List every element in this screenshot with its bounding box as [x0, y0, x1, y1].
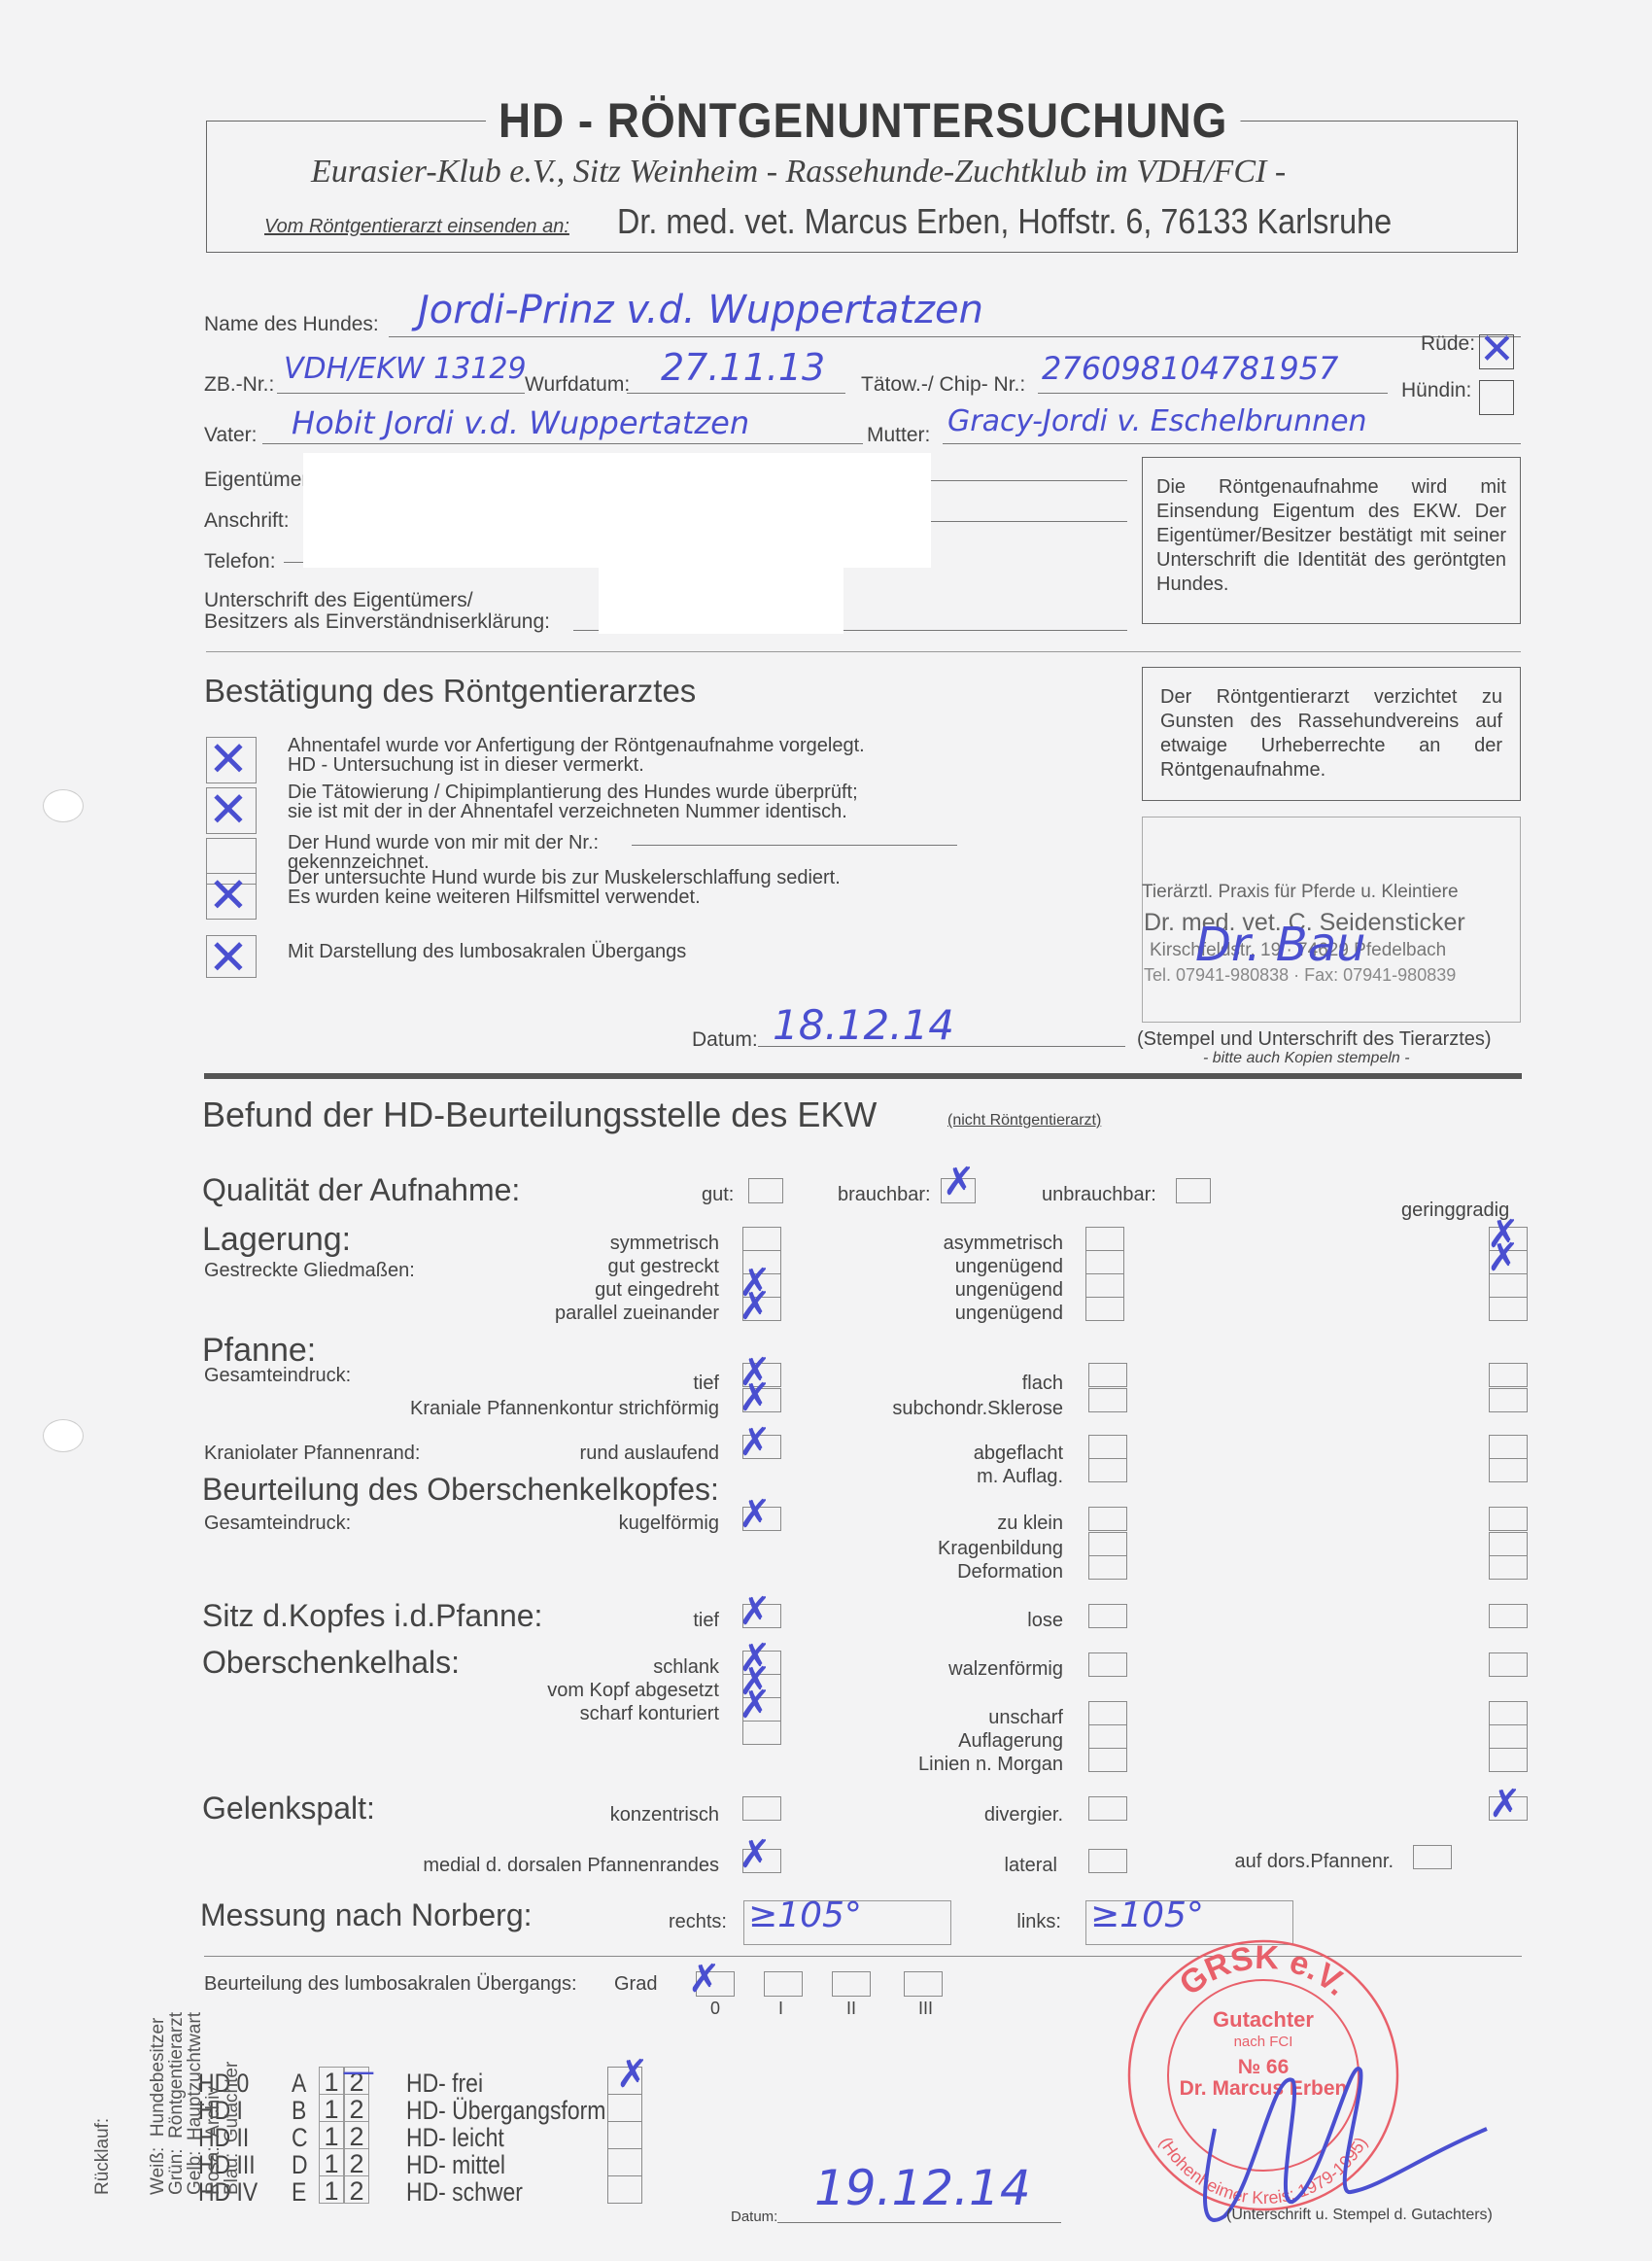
lumbosakral-grade-checkbox[interactable] [904, 1971, 943, 1997]
option-label: konzentrisch [610, 1804, 719, 1826]
section-heading: Gelenkspalt: [202, 1791, 375, 1826]
finding-checkbox[interactable] [1489, 1604, 1528, 1628]
vet-confirm-text: HD - Untersuchung ist in dieser vermerkt… [288, 754, 644, 777]
finding-checkbox[interactable] [742, 1651, 781, 1675]
finding-checkbox[interactable] [742, 1849, 781, 1873]
hd-grade-checkbox[interactable] [607, 2094, 642, 2122]
mutter-field[interactable]: Gracy-Jordi v. Eschelbrunnen [947, 404, 1367, 438]
ownership-notice: Die Röntgenaufnahme wird mit Einsendung … [1156, 475, 1506, 597]
finding-checkbox[interactable] [742, 1796, 781, 1821]
club-name: Eurasier-Klub e.V., Sitz Weinheim - Rass… [311, 154, 1286, 191]
ruede-checkbox[interactable] [1479, 334, 1514, 369]
hd-grade-sub-2[interactable]: 2 [344, 2094, 369, 2122]
punch-hole [43, 789, 84, 822]
finding-checkbox[interactable] [1489, 1273, 1528, 1298]
option-label: lateral [1005, 1855, 1057, 1877]
finding-checkbox[interactable] [1088, 1363, 1127, 1387]
finding-checkbox[interactable] [1489, 1435, 1528, 1459]
finding-checkbox[interactable] [1088, 1604, 1127, 1628]
punch-hole [43, 1419, 84, 1452]
finding-checkbox[interactable] [1489, 1555, 1528, 1580]
section-subheading: Gestreckte Gliedmaßen: [204, 1260, 415, 1282]
chip-label: Tätow.-/ Chip- Nr.: [861, 373, 1025, 397]
option-label: m. Auflag. [977, 1466, 1063, 1488]
option-label: gut eingedreht [595, 1279, 719, 1302]
option-label: rund auslaufend [580, 1443, 719, 1465]
svg-text:GRSK e.V.: GRSK e.V. [1173, 1939, 1356, 2003]
vet-signature: Dr. Bau [1195, 918, 1366, 972]
hd-grade-sub-2[interactable]: 2 [344, 2067, 369, 2095]
vet-confirm-text: sie ist mit der in der Ahnentafel verzei… [288, 801, 847, 823]
befund-heading-note: (nicht Röntgentierarzt) [947, 1112, 1101, 1130]
option-label: tief [693, 1610, 719, 1632]
finding-checkbox[interactable] [742, 1388, 781, 1412]
gutachter-date-label: Datum: [731, 2209, 777, 2225]
option-label: Kraniale Pfannenkontur strichförmig [410, 1398, 719, 1420]
hd-grade-checkbox[interactable] [607, 2067, 642, 2095]
hd-grade-letter: D [292, 2150, 308, 2180]
finding-checkbox[interactable] [1489, 1652, 1528, 1677]
ruecklauf-line: Grün: Röntgentierarzt [167, 2012, 186, 2195]
vet-confirm-checkbox[interactable] [206, 787, 257, 834]
gutachter-date-field[interactable]: 19.12.14 [814, 2160, 1031, 2216]
section-heading: Sitz d.Kopfes i.d.Pfanne: [202, 1598, 542, 1634]
option-label: Kragenbildung [938, 1538, 1063, 1560]
vet-stamp-line1: Tierärztl. Praxis für Pferde u. Kleintie… [1142, 882, 1459, 903]
finding-checkbox[interactable] [1088, 1435, 1127, 1459]
lumbosakral-grade-label: I [778, 1999, 783, 2019]
quality-option-label: gut: [702, 1184, 734, 1206]
finding-checkbox[interactable] [1489, 1724, 1528, 1749]
vet-confirm-checkbox[interactable] [206, 935, 257, 978]
send-address: Dr. med. vet. Marcus Erben, Hoffstr. 6, … [617, 201, 1392, 242]
finding-checkbox[interactable] [1088, 1796, 1127, 1821]
section-heading: Lagerung: [202, 1221, 351, 1259]
ruede-label: Rüde: [1421, 332, 1475, 356]
vet-confirm-checkbox[interactable] [206, 737, 257, 783]
mutter-label: Mutter: [867, 424, 930, 447]
option-label: zu klein [997, 1513, 1063, 1535]
option-label: Auflagerung [958, 1730, 1063, 1753]
owner-signature-label-2: Besitzers als Einverständniserklärung: [204, 610, 550, 634]
finding-checkbox[interactable] [1413, 1845, 1452, 1869]
vet-confirm-checkbox[interactable] [206, 873, 257, 920]
lumbosakral-label: Beurteilung des lumbosakralen Übergangs: [204, 1973, 577, 1996]
quality-heading: Qualität der Aufnahme: [202, 1172, 520, 1208]
lumbosakral-grade-label: 0 [710, 1999, 720, 2019]
option-label: rechts: [669, 1911, 727, 1933]
hd-grade-sub-1[interactable]: 1 [319, 2175, 344, 2204]
option-label: divergier. [984, 1804, 1063, 1826]
hd-grade-desc: HD- Übergangsform [406, 2096, 605, 2126]
hd-grade-letter: E [292, 2177, 306, 2208]
vet-heading: Bestätigung des Röntgentierarztes [204, 673, 696, 710]
finding-checkbox[interactable] [1085, 1250, 1124, 1274]
finding-checkbox[interactable] [742, 1227, 781, 1251]
quality-option-checkbox[interactable] [1176, 1178, 1211, 1203]
zb-field[interactable]: VDH/EKW 13129 [284, 352, 527, 386]
vet-confirm-text: Es wurden keine weiteren Hilfsmittel ver… [288, 887, 701, 909]
finding-checkbox[interactable] [1088, 1388, 1127, 1412]
send-label: Vom Röntgentierarzt einsenden an: [264, 216, 569, 238]
ruecklauf-block: Rücklauf: Weiß: HundebesitzerGrün: Röntg… [56, 2012, 259, 2195]
option-label: kugelförmig [619, 1513, 719, 1535]
finding-checkbox[interactable] [742, 1297, 781, 1321]
option-label: walzenförmig [948, 1658, 1063, 1681]
finding-checkbox[interactable] [1489, 1796, 1528, 1821]
ruecklauf-line: Weiß: Hundebesitzer [149, 2012, 167, 2195]
finding-checkbox[interactable] [742, 1363, 781, 1387]
name-label: Name des Hundes: [204, 313, 379, 336]
lumbosakral-grade-checkbox[interactable] [696, 1971, 735, 1997]
finding-checkbox[interactable] [1489, 1748, 1528, 1772]
hd-grade-letter: C [292, 2123, 308, 2153]
redacted-owner-block [303, 453, 931, 568]
finding-checkbox[interactable] [1088, 1849, 1127, 1873]
huendin-checkbox[interactable] [1479, 380, 1514, 415]
geringgradig-label: geringgradig [1401, 1200, 1509, 1222]
option-label: unscharf [988, 1707, 1063, 1729]
hd-grade-checkbox[interactable] [607, 2175, 642, 2204]
stamp-top: GRSK e.V. [1173, 1939, 1356, 2003]
option-label: tief [693, 1373, 719, 1395]
hd-grade-sub-2[interactable]: 2 [344, 2148, 369, 2176]
option-label: subchondr.Sklerose [892, 1398, 1063, 1420]
finding-checkbox[interactable] [1088, 1555, 1127, 1580]
befund-heading: Befund der HD-Beurteilungsstelle des EKW [202, 1095, 877, 1135]
option-label: auf dors.Pfannenr. [1235, 1851, 1394, 1873]
hd-grade-letter: A [292, 2069, 306, 2099]
zb-label: ZB.-Nr.: [204, 373, 274, 397]
hd-grade-sub-2[interactable]: 2 [344, 2121, 369, 2149]
lumbosakral-grade-label: II [846, 1999, 856, 2019]
option-label: links: [1016, 1911, 1061, 1933]
wurf-field[interactable]: 27.11.13 [661, 346, 825, 389]
ruecklauf-line: Rosa: Archiv [204, 2012, 223, 2195]
finding-checkbox[interactable] [1489, 1297, 1528, 1321]
huendin-label: Hündin: [1401, 379, 1471, 402]
dog-name-field[interactable]: Jordi-Prinz v.d. Wuppertatzen [418, 288, 983, 332]
finding-checkbox[interactable] [1085, 1227, 1124, 1251]
option-label: flach [1022, 1373, 1063, 1395]
finding-checkbox[interactable] [1489, 1507, 1528, 1531]
eigentuemer-label: Eigentümer [204, 469, 308, 492]
finding-checkbox[interactable] [1088, 1724, 1127, 1749]
hd-grade-checkbox[interactable] [607, 2121, 642, 2149]
option-label: lose [1027, 1610, 1063, 1632]
option-label: ungenügend [955, 1303, 1063, 1325]
finding-checkbox[interactable] [742, 1721, 781, 1745]
section-heading: Beurteilung des Oberschenkelkopfes: [202, 1472, 719, 1508]
finding-checkbox[interactable] [1489, 1701, 1528, 1725]
gutachter-signature [1186, 2012, 1497, 2236]
finding-checkbox[interactable] [1085, 1273, 1124, 1298]
quality-option-label: brauchbar: [838, 1184, 931, 1206]
copyright-notice: Der Röntgentierarzt verzichtet zu Gunste… [1160, 685, 1502, 783]
quality-option-checkbox[interactable] [748, 1178, 783, 1203]
finding-checkbox[interactable] [1489, 1363, 1528, 1387]
hd-grade-checkbox[interactable] [607, 2148, 642, 2176]
option-label: medial d. dorsalen Pfannenrandes [423, 1855, 719, 1877]
section-subheading: Gesamteindruck: [204, 1365, 351, 1387]
vater-label: Vater: [204, 424, 257, 447]
option-label: schlank [653, 1656, 719, 1679]
option-label: scharf konturiert [580, 1703, 719, 1725]
norberg-right-value: ≥105° [748, 1896, 862, 1935]
section-subheading: Kraniolater Pfannenrand: [204, 1443, 420, 1465]
section-subheading: Gesamteindruck: [204, 1513, 351, 1535]
ruecklauf-title: Rücklauf: [93, 2012, 112, 2195]
hd-grade-desc: HD- mittel [406, 2150, 505, 2180]
finding-checkbox[interactable] [1088, 1507, 1127, 1531]
option-label: abgeflacht [974, 1443, 1063, 1465]
option-label: Deformation [957, 1561, 1063, 1583]
hd-grade-sub-1[interactable]: 1 [319, 2067, 344, 2095]
section-divider [204, 1073, 1522, 1079]
finding-checkbox[interactable] [1088, 1701, 1127, 1725]
chip-field[interactable]: 276098104781957 [1042, 350, 1338, 387]
finding-checkbox[interactable] [1088, 1532, 1127, 1556]
hd-grade-letter: B [292, 2096, 306, 2126]
vet-date-label: Datum: [692, 1028, 758, 1052]
vet-stamp-caption: (Stempel und Unterschrift des Tierarztes… [1137, 1028, 1492, 1051]
telefon-label: Telefon: [204, 550, 276, 574]
lumbosakral-grade-label: III [918, 1999, 933, 2019]
quality-option-checkbox[interactable] [941, 1178, 976, 1203]
finding-checkbox[interactable] [1088, 1652, 1127, 1677]
finding-checkbox[interactable] [742, 1273, 781, 1298]
gutachter-caption: (Unterschrift u. Stempel d. Gutachters) [1226, 2207, 1493, 2224]
hd-grade-sub-1[interactable]: 1 [319, 2094, 344, 2122]
hd-grade-desc: HD- frei [406, 2069, 483, 2099]
lumbosakral-grad-label: Grad [614, 1973, 657, 1996]
option-label: asymmetrisch [944, 1233, 1063, 1255]
owner-signature-label-1: Unterschrift des Eigentümers/ [204, 589, 473, 612]
lumbosakral-grade-checkbox[interactable] [832, 1971, 871, 1997]
finding-checkbox[interactable] [742, 1697, 781, 1722]
section-heading: Oberschenkelhals: [202, 1645, 460, 1681]
vater-field[interactable]: Hobit Jordi v.d. Wuppertatzen [292, 404, 749, 441]
finding-checkbox[interactable] [1085, 1297, 1124, 1321]
finding-checkbox[interactable] [1489, 1532, 1528, 1556]
finding-checkbox[interactable] [742, 1250, 781, 1274]
page-title: HD - RÖNTGENUNTERSUCHUNG [486, 92, 1240, 149]
option-label: ungenügend [955, 1279, 1063, 1302]
vet-confirm-text: Mit Darstellung des lumbosakralen Überga… [288, 941, 686, 963]
lumbosakral-grade-checkbox[interactable] [764, 1971, 803, 1997]
copyright-notice-box: Der Röntgentierarzt verzichtet zu Gunste… [1142, 667, 1521, 801]
vet-date-field[interactable]: 18.12.14 [773, 1001, 954, 1049]
finding-checkbox[interactable] [1489, 1388, 1528, 1412]
wurf-label: Wurfdatum: [525, 373, 630, 397]
finding-checkbox[interactable] [742, 1604, 781, 1628]
hd-grade-sub-2[interactable]: 2 [344, 2175, 369, 2204]
option-label: symmetrisch [610, 1233, 719, 1255]
redacted-owner-signature [599, 568, 843, 634]
option-label: ungenügend [955, 1256, 1063, 1278]
vet-stamp-subcaption: - bitte auch Kopien stempeln - [1203, 1050, 1410, 1067]
ruecklauf-line: Blau: Gutachter [223, 2012, 241, 2195]
hd-grade-desc: HD- leicht [406, 2123, 504, 2153]
finding-checkbox[interactable] [742, 1435, 781, 1459]
hd-grade-sub-1[interactable]: 1 [319, 2148, 344, 2176]
option-label: parallel zueinander [555, 1303, 719, 1325]
quality-option-label: unbrauchbar: [1042, 1184, 1156, 1206]
ruecklauf-line: Gelb: Hauptzuchtwart [186, 2012, 204, 2195]
finding-checkbox[interactable] [742, 1674, 781, 1698]
option-label: Linien n. Morgan [918, 1754, 1063, 1776]
finding-checkbox[interactable] [1489, 1227, 1528, 1251]
hd-grade-desc: HD- schwer [406, 2177, 523, 2208]
finding-checkbox[interactable] [1088, 1458, 1127, 1482]
finding-checkbox[interactable] [1489, 1250, 1528, 1274]
hd-grade-sub-1[interactable]: 1 [319, 2121, 344, 2149]
section-heading: Messung nach Norberg: [200, 1897, 533, 1933]
finding-checkbox[interactable] [1088, 1748, 1127, 1772]
ownership-notice-box: Die Röntgenaufnahme wird mit Einsendung … [1142, 457, 1521, 624]
anschrift-label: Anschrift: [204, 509, 290, 533]
finding-checkbox[interactable] [742, 1507, 781, 1531]
finding-checkbox[interactable] [1489, 1458, 1528, 1482]
option-label: gut gestreckt [607, 1256, 719, 1278]
option-label: vom Kopf abgesetzt [547, 1680, 719, 1702]
